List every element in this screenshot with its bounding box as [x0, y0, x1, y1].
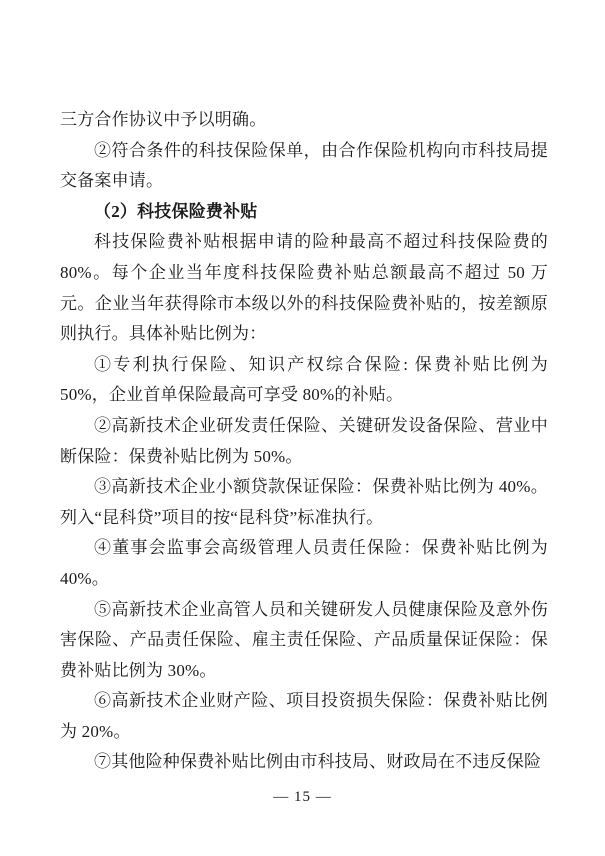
paragraph-item-4: ④董事会监事会高级管理人员责任保险：保费补贴比例为 40%。 [60, 533, 548, 594]
paragraph-subsidy-overview: 科技保险费补贴根据申请的险种最高不超过科技保险费的 80%。每个企业当年度科技保… [60, 227, 548, 349]
document-body-text: 三方合作协议中予以明确。 ②符合条件的科技保险保单，由合作保险机构向市科技局提交… [60, 105, 548, 778]
paragraph-item-7: ⑦其他险种保费补贴比例由市科技局、财政局在不违反保险 [60, 747, 548, 778]
document-page: 三方合作协议中予以明确。 ②符合条件的科技保险保单，由合作保险机构向市科技局提交… [0, 0, 605, 856]
paragraph-filing-application: ②符合条件的科技保险保单，由合作保险机构向市科技局提交备案申请。 [60, 136, 548, 197]
page-number: — 15 — [0, 786, 605, 808]
paragraph-item-3: ③高新技术企业小额贷款保证保险：保费补贴比例为 40%。列入“昆科贷”项目的按“… [60, 472, 548, 533]
paragraph-continuation: 三方合作协议中予以明确。 [60, 105, 548, 136]
paragraph-item-6: ⑥高新技术企业财产险、项目投资损失保险：保费补贴比例为 20%。 [60, 686, 548, 747]
section-heading-subsidy: （2）科技保险费补贴 [60, 197, 548, 228]
paragraph-item-1: ①专利执行保险、知识产权综合保险: 保费补贴比例为 50%，企业首单保险最高可享… [60, 350, 548, 411]
paragraph-item-2: ②高新技术企业研发责任保险、关键研发设备保险、营业中断保险：保费补贴比例为 50… [60, 411, 548, 472]
paragraph-item-5: ⑤高新技术企业高管人员和关键研发人员健康保险及意外伤害保险、产品责任保险、雇主责… [60, 595, 548, 687]
